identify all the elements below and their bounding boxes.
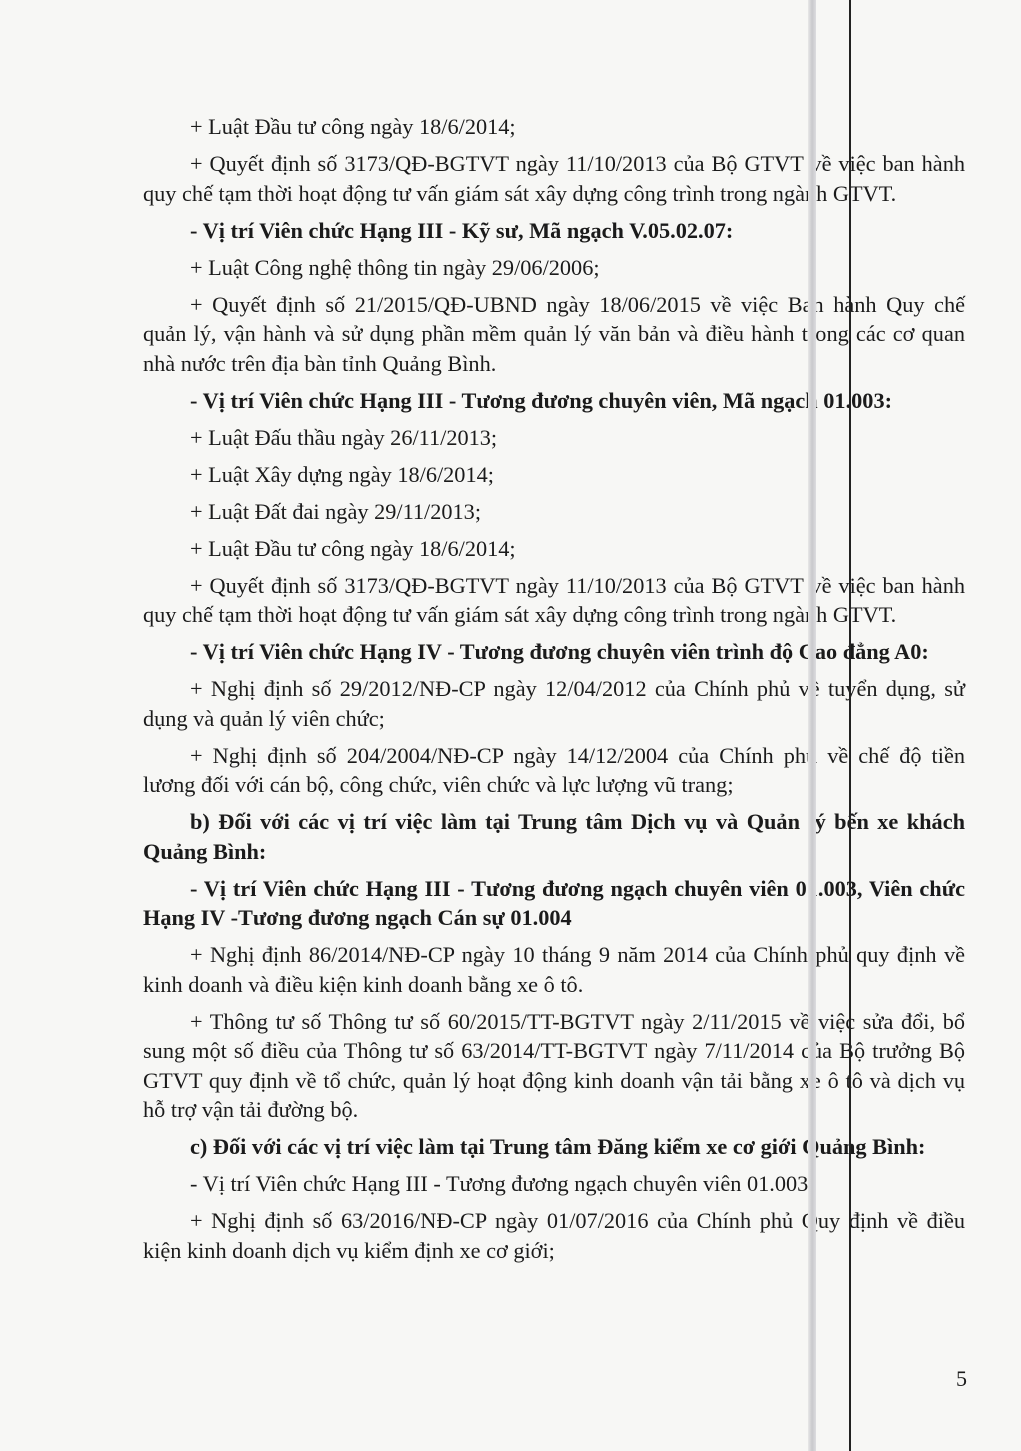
paragraph: + Nghị định số 63/2016/NĐ-CP ngày 01/07/… [143, 1206, 965, 1265]
subsection-heading-c: c) Đối với các vị trí việc làm tại Trung… [143, 1132, 965, 1162]
paragraph: + Luật Đấu thầu ngày 26/11/2013; [143, 423, 965, 453]
paragraph: + Quyết định số 3173/QĐ-BGTVT ngày 11/10… [143, 571, 965, 630]
section-heading: - Vị trí Viên chức Hạng IV - Tương đương… [143, 637, 965, 667]
paragraph: + Quyết định số 3173/QĐ-BGTVT ngày 11/10… [143, 149, 965, 208]
section-heading: - Vị trí Viên chức Hạng III - Kỹ sư, Mã … [143, 216, 965, 246]
paragraph: + Thông tư số Thông tư số 60/2015/TT-BGT… [143, 1007, 965, 1125]
paragraph: + Luật Xây dựng ngày 18/6/2014; [143, 460, 965, 490]
paragraph: + Nghị định số 204/2004/NĐ-CP ngày 14/12… [143, 741, 965, 800]
subsection-heading-b: b) Đối với các vị trí việc làm tại Trung… [143, 807, 965, 866]
paragraph: + Luật Công nghệ thông tin ngày 29/06/20… [143, 253, 965, 283]
paragraph: - Vị trí Viên chức Hạng III - Tương đươn… [143, 1169, 965, 1199]
paragraph: + Quyết định số 21/2015/QĐ-UBND ngày 18/… [143, 290, 965, 379]
paragraph: + Nghị định 86/2014/NĐ-CP ngày 10 tháng … [143, 940, 965, 999]
scan-artifact-line [849, 0, 851, 1451]
section-heading: - Vị trí Viên chức Hạng III - Tương đươn… [143, 874, 965, 933]
paragraph: + Nghị định số 29/2012/NĐ-CP ngày 12/04/… [143, 674, 965, 733]
document-body: + Luật Đầu tư công ngày 18/6/2014; + Quy… [143, 112, 965, 1273]
paragraph: + Luật Đầu tư công ngày 18/6/2014; [143, 534, 965, 564]
section-heading: - Vị trí Viên chức Hạng III - Tương đươn… [143, 386, 965, 416]
page-number: 5 [956, 1366, 967, 1392]
paragraph: + Luật Đất đai ngày 29/11/2013; [143, 497, 965, 527]
scan-artifact-band [808, 0, 816, 1451]
paragraph: + Luật Đầu tư công ngày 18/6/2014; [143, 112, 965, 142]
